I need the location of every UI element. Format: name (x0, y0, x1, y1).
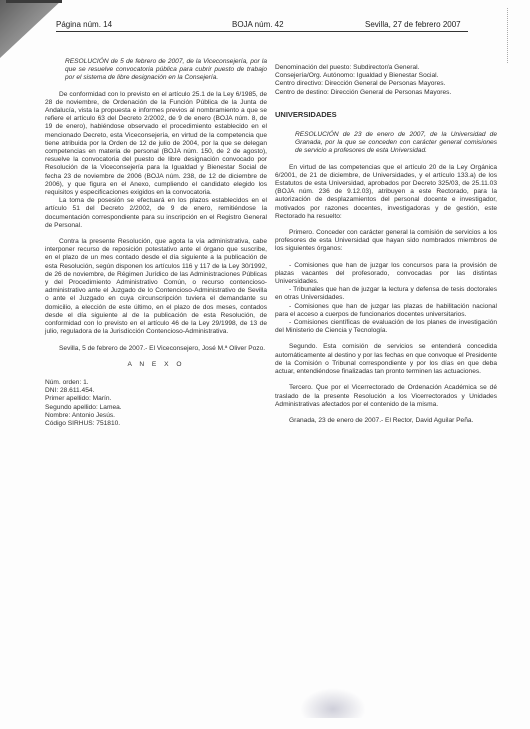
paragraph: Segundo. Esta comisión de servicios se e… (275, 343, 497, 376)
annex-line: Núm. orden: 1. (45, 379, 267, 387)
header-rule (56, 31, 468, 32)
paragraph: Primero. Conceder con carácter general l… (275, 229, 497, 254)
right-column: Denominación del puesto: Subdirector/a G… (275, 64, 497, 425)
paragraph: Tercero. Que por el Vicerrectorado de Or… (275, 384, 497, 409)
post-info-line: Denominación del puesto: Subdirector/a G… (275, 64, 497, 72)
list-item: - Comisiones que han de juzgar las plaza… (275, 303, 497, 319)
annex-line: DNI: 28.611.454. (45, 387, 267, 395)
scan-edge-marks (507, 8, 510, 63)
paragraph: De conformidad con lo previsto en el art… (45, 91, 267, 198)
left-column: RESOLUCIÓN de 5 de febrero de 2007, de l… (45, 58, 267, 428)
resolution-title: RESOLUCIÓN de 5 de febrero de 2007, de l… (65, 58, 267, 83)
annex-line: Primer apellido: Marín. (45, 395, 267, 403)
signature: Sevilla, 5 de febrero de 2007.- El Vicec… (45, 345, 267, 353)
post-info-line: Centro directivo: Dirección General de P… (275, 80, 497, 88)
scan-edge-bar (6, 0, 62, 3)
scan-smudge (300, 688, 366, 718)
annex-line: Segundo apellido: Lamea. (45, 404, 267, 412)
paragraph: En virtud de las competencias que el art… (275, 164, 497, 221)
annex-line: Nombre: Antonio Jesús. (45, 412, 267, 420)
page-number: Página núm. 14 (56, 20, 112, 29)
list-item: - Comisiones que han de juzgar los concu… (275, 262, 497, 287)
paragraph: Contra la presente Resolución, que agota… (45, 238, 267, 336)
resolution-title: RESOLUCIÓN de 23 de enero de 2007, de la… (295, 131, 497, 156)
section-heading: UNIVERSIDADES (275, 111, 497, 119)
signature: Granada, 23 de enero de 2007.- El Rector… (275, 417, 497, 425)
bulletin-number: BOJA núm. 42 (232, 20, 284, 29)
annex-title: A N E X O (45, 361, 267, 369)
list-item: - Tribunales que han de juzgar la lectur… (275, 286, 497, 302)
post-info-line: Consejería/Org. Autónomo: Igualdad y Bie… (275, 72, 497, 80)
list-item: - Comisiones científicas de evaluación d… (275, 319, 497, 335)
annex-line: Código SIRHUS: 751810. (45, 420, 267, 428)
paragraph: La toma de posesión se efectuará en los … (45, 197, 267, 230)
post-info-line: Centro de destino: Dirección General de … (275, 89, 497, 97)
scan-corner-shadow (0, 0, 62, 58)
publication-date: Sevilla, 27 de febrero 2007 (365, 20, 461, 29)
